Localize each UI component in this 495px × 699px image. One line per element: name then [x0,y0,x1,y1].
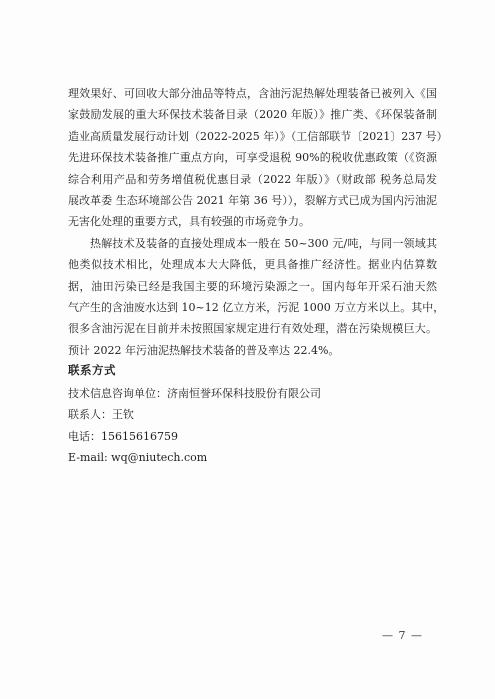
paragraph2-line: 据，油田污染已经是我国主要的环境污染源之一。国内每年开采石油天然 [68,276,437,297]
paragraph2-line: 热解技术及装备的直接处理成本一般在 50~300 元/吨，与同一领域其 [68,233,437,254]
paragraph2-line: 预计 2022 年污油泥热解技术装备的普及率达 22.4%。 [68,340,437,361]
document-page: 理效果好、可回收大部分油品等特点，含油污泥热解处理装备已被列入《国 家鼓励发展的… [0,0,495,699]
page-body-text: 理效果好、可回收大部分油品等特点，含油污泥热解处理装备已被列入《国 家鼓励发展的… [68,83,437,468]
contact-unit-line: 技术信息咨询单位：济南恒誉环保科技股份有限公司 [68,383,437,404]
paragraph1-line: 展改革委 生态环境部公告 2021 年第 36 号）），裂解方式已成为国内污油泥 [68,190,437,211]
paragraph1-line: 无害化处理的重要方式，具有较强的市场竞争力。 [68,211,437,232]
page-number: — 7 — [382,629,423,642]
contact-email-line: E-mail: wq@niutech.com [68,447,437,468]
paragraph1-line: 理效果好、可回收大部分油品等特点，含油污泥热解处理装备已被列入《国 [68,83,437,104]
contact-phone-line: 电话：15615616759 [68,426,437,447]
paragraph2-line: 很多含油污泥在目前并未按照国家规定进行有效处理，潜在污染规模巨大。 [68,318,437,339]
paragraph2-line: 气产生的含油废水达到 10~12 亿立方米，污泥 1000 万立方米以上。其中， [68,297,437,318]
paragraph1-line: 综合利用产品和劳务增值税优惠目录（2022 年版）》（财政部 税务总局发 [68,169,437,190]
contact-heading: 联系方式 [68,361,437,382]
paragraph2-line: 他类似技术相比，处理成本大大降低，更具备推广经济性。据业内估算数 [68,254,437,275]
contact-person-line: 联系人：王钦 [68,404,437,425]
paragraph1-line: 先进环保技术装备推广重点方向，可享受退税 90%的税收优惠政策（《资源 [68,147,437,168]
paragraph1-line: 家鼓励发展的重大环保技术装备目录（2020 年版）》推广类、《环保装备制 [68,104,437,125]
paragraph1-line: 造业高质量发展行动计划（2022-2025 年）》（工信部联节〔2021〕237… [68,126,437,147]
